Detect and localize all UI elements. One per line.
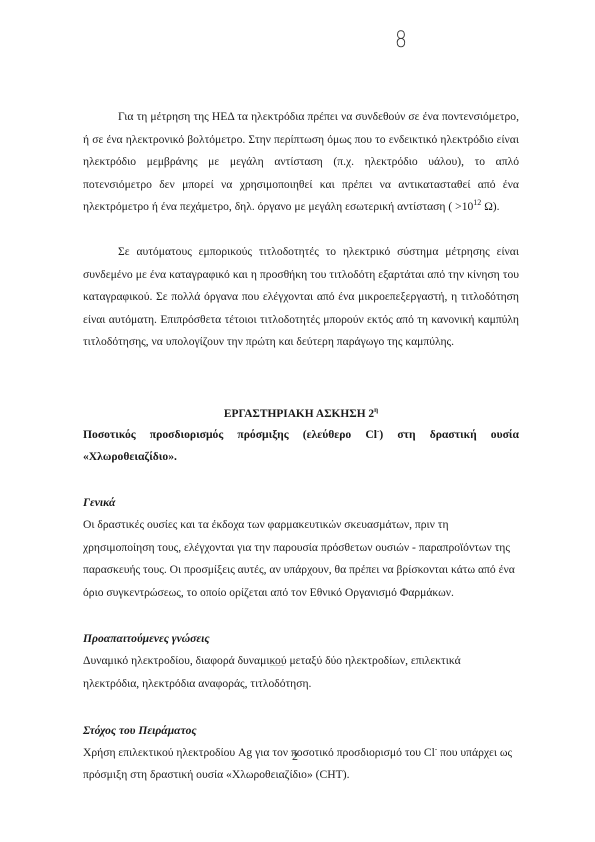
section-body-prerequisites: Δυναμικό ηλεκτροδίου, διαφορά δυναμικού … (83, 650, 519, 695)
objective-text: Χρήση επιλεκτικού ηλεκτροδίου Ag για τον… (83, 746, 435, 759)
section-body-general: Οι δραστικές ουσίες και τα έκδοχα των φα… (83, 514, 519, 604)
paragraph-automatic-titrators: Σε αυτόματους εμπορικούς τιτλοδοτητές το… (83, 241, 519, 354)
section-heading-objective: Στόχος του Πειράματος (83, 720, 519, 742)
page-content: Για τη μέτρηση της ΗΕΔ τα ηλεκτρόδια πρέ… (83, 106, 519, 787)
paragraph-text-end: Ω). (481, 200, 499, 213)
section-body-objective: Χρήση επιλεκτικού ηλεκτροδίου Ag για τον… (83, 742, 519, 787)
exercise-subtitle-line-1: Ποσοτικός προσδιορισμός πρόσμιξης (ελεύθ… (83, 424, 519, 446)
section-heading-prerequisites: Προαπαιτούμενες γνώσεις (83, 628, 519, 650)
exercise-title-text: ΕΡΓΑΣΤΗΡΙΑΚΗ ΑΣΚΗΣΗ 2 (224, 408, 374, 420)
section-heading-general: Γενικά (83, 492, 519, 514)
paragraph-emf-measurement: Για τη μέτρηση της ΗΕΔ τα ηλεκτρόδια πρέ… (83, 106, 519, 219)
scan-artifact (294, 660, 296, 661)
handwritten-page-mark: 8 (395, 28, 407, 53)
scan-artifact (270, 665, 284, 666)
subtitle-text-end: ) στη δραστική ουσία (379, 428, 519, 441)
paragraph-text: Για τη μέτρηση της ΗΕΔ τα ηλεκτρόδια πρέ… (83, 110, 519, 213)
exercise-subtitle: Ποσοτικός προσδιορισμός πρόσμιξης (ελεύθ… (83, 424, 519, 468)
exercise-title-superscript: η (374, 406, 378, 414)
exercise-title: ΕΡΓΑΣΤΗΡΙΑΚΗ ΑΣΚΗΣΗ 2η (83, 404, 519, 424)
subtitle-text: Ποσοτικός προσδιορισμός πρόσμιξης (ελεύθ… (83, 428, 377, 441)
page-number: 2 (292, 749, 298, 764)
exercise-subtitle-line-2: «Χλωροθειαζίδιο». (83, 446, 519, 468)
